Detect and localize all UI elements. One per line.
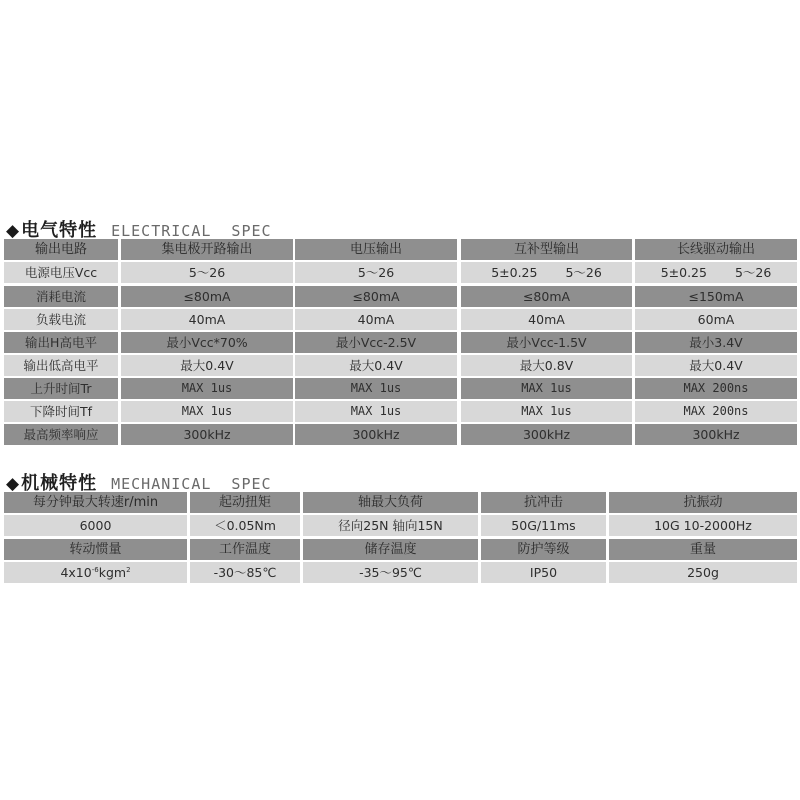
cell-part: 5±0.25 xyxy=(491,262,537,283)
row-label: 下降时间Tf xyxy=(4,401,118,422)
header-cell: 重量 xyxy=(609,539,797,560)
inertia-exponent: -6 xyxy=(92,566,99,574)
table-cell: 5～26 xyxy=(121,262,293,283)
table-cell: ≤80mA xyxy=(295,286,457,307)
header-cell: 储存温度 xyxy=(303,539,478,560)
header-cell: 抗振动 xyxy=(609,492,797,513)
table-cell: 40mA xyxy=(461,309,632,330)
table-cell: 4x10-6kgm2 xyxy=(4,562,187,583)
table-cell: 40mA xyxy=(295,309,457,330)
table-cell: ＜0.05Nm xyxy=(190,515,300,536)
table-cell: MAX 1us xyxy=(121,378,293,399)
cell-part: 5～26 xyxy=(735,262,771,283)
row-label: 消耗电流 xyxy=(4,286,118,307)
table-cell: 300kHz xyxy=(461,424,632,445)
table-cell: MAX 1us xyxy=(461,401,632,422)
table-cell: 40mA xyxy=(121,309,293,330)
header-cell: 集电极开路输出 xyxy=(121,239,293,260)
table-cell: IP50 xyxy=(481,562,606,583)
table-cell: MAX 1us xyxy=(295,401,457,422)
table-cell: 最小3.4V xyxy=(635,332,797,353)
header-cell: 轴最大负荷 xyxy=(303,492,478,513)
header-cell: 输出电路 xyxy=(4,239,118,260)
table-cell: 300kHz xyxy=(635,424,797,445)
electrical-title-en: ELECTRICAL SPEC xyxy=(111,222,271,240)
table-cell: 最大0.4V xyxy=(121,355,293,376)
cell-part: 5±0.25 xyxy=(661,262,707,283)
table-cell: 300kHz xyxy=(121,424,293,445)
table-cell: 250g xyxy=(609,562,797,583)
row-label: 最高频率响应 xyxy=(4,424,118,445)
header-cell: 工作温度 xyxy=(190,539,300,560)
table-cell: 最大0.8V xyxy=(461,355,632,376)
inertia-unit: kgm xyxy=(99,565,126,580)
table-cell: MAX 1us xyxy=(295,378,457,399)
table-cell: 10G 10-2000Hz xyxy=(609,515,797,536)
row-label: 输出H高电平 xyxy=(4,332,118,353)
table-cell: 最小Vcc-2.5V xyxy=(295,332,457,353)
table-cell: MAX 1us xyxy=(461,378,632,399)
table-cell: ≤150mA xyxy=(635,286,797,307)
mechanical-title-en: MECHANICAL SPEC xyxy=(111,475,271,493)
header-cell: 起动扭矩 xyxy=(190,492,300,513)
inertia-unit-exponent: 2 xyxy=(126,566,130,574)
table-cell: 5±0.255～26 xyxy=(635,262,797,283)
header-cell: 每分钟最大转速r/min xyxy=(4,492,187,513)
table-cell: -35～95℃ xyxy=(303,562,478,583)
row-label: 负载电流 xyxy=(4,309,118,330)
header-cell: 防护等级 xyxy=(481,539,606,560)
electrical-section-title: ◆ 电气特性 ELECTRICAL SPEC xyxy=(6,216,272,238)
row-label: 上升时间Tr xyxy=(4,378,118,399)
table-cell: ≤80mA xyxy=(461,286,632,307)
header-cell: 抗冲击 xyxy=(481,492,606,513)
header-cell: 电压输出 xyxy=(295,239,457,260)
table-cell: MAX 200ns xyxy=(635,401,797,422)
table-cell: 最大0.4V xyxy=(295,355,457,376)
table-cell: ≤80mA xyxy=(121,286,293,307)
table-cell: 径向25N 轴向15N xyxy=(303,515,478,536)
table-cell: 6000 xyxy=(4,515,187,536)
table-cell: 300kHz xyxy=(295,424,457,445)
inertia-base: 4x10 xyxy=(60,565,91,580)
table-cell: MAX 1us xyxy=(121,401,293,422)
header-cell: 长线驱动输出 xyxy=(635,239,797,260)
table-cell: 最小Vcc*70% xyxy=(121,332,293,353)
table-cell: 最大0.4V xyxy=(635,355,797,376)
header-cell: 互补型输出 xyxy=(461,239,632,260)
row-label: 电源电压Vcc xyxy=(4,262,118,283)
diamond-bullet-icon: ◆ xyxy=(6,221,19,241)
table-cell: 5±0.255～26 xyxy=(461,262,632,283)
table-cell: 最小Vcc-1.5V xyxy=(461,332,632,353)
row-label: 输出低高电平 xyxy=(4,355,118,376)
table-cell: 5～26 xyxy=(295,262,457,283)
cell-part: 5～26 xyxy=(565,262,601,283)
table-cell: 60mA xyxy=(635,309,797,330)
header-cell: 转动惯量 xyxy=(4,539,187,560)
diamond-bullet-icon: ◆ xyxy=(6,474,19,494)
table-cell: MAX 200ns xyxy=(635,378,797,399)
table-cell: -30～85℃ xyxy=(190,562,300,583)
table-cell: 50G/11ms xyxy=(481,515,606,536)
mechanical-section-title: ◆ 机械特性 MECHANICAL SPEC xyxy=(6,469,272,491)
